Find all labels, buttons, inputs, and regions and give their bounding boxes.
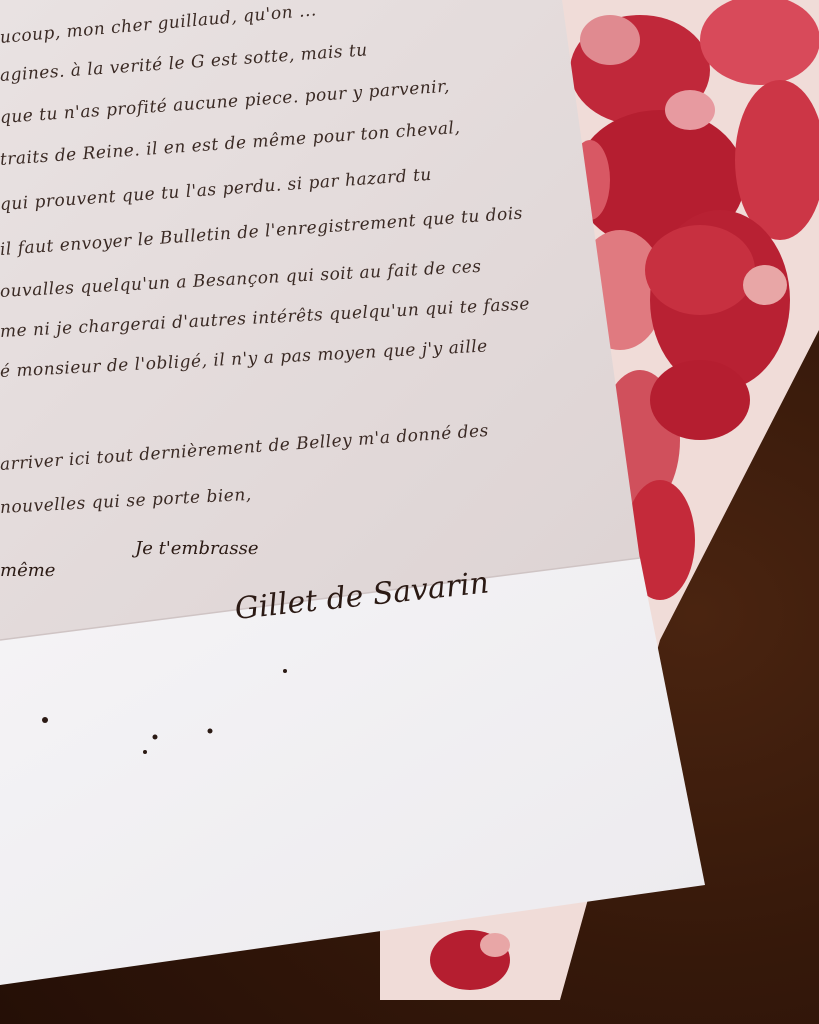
- letter-closing-fragment: même: [0, 560, 55, 581]
- letter-closing: Je t'embrasse: [135, 538, 258, 559]
- photo-scene: ucoup, mon cher guillaud, qu'on ... agin…: [0, 0, 819, 1024]
